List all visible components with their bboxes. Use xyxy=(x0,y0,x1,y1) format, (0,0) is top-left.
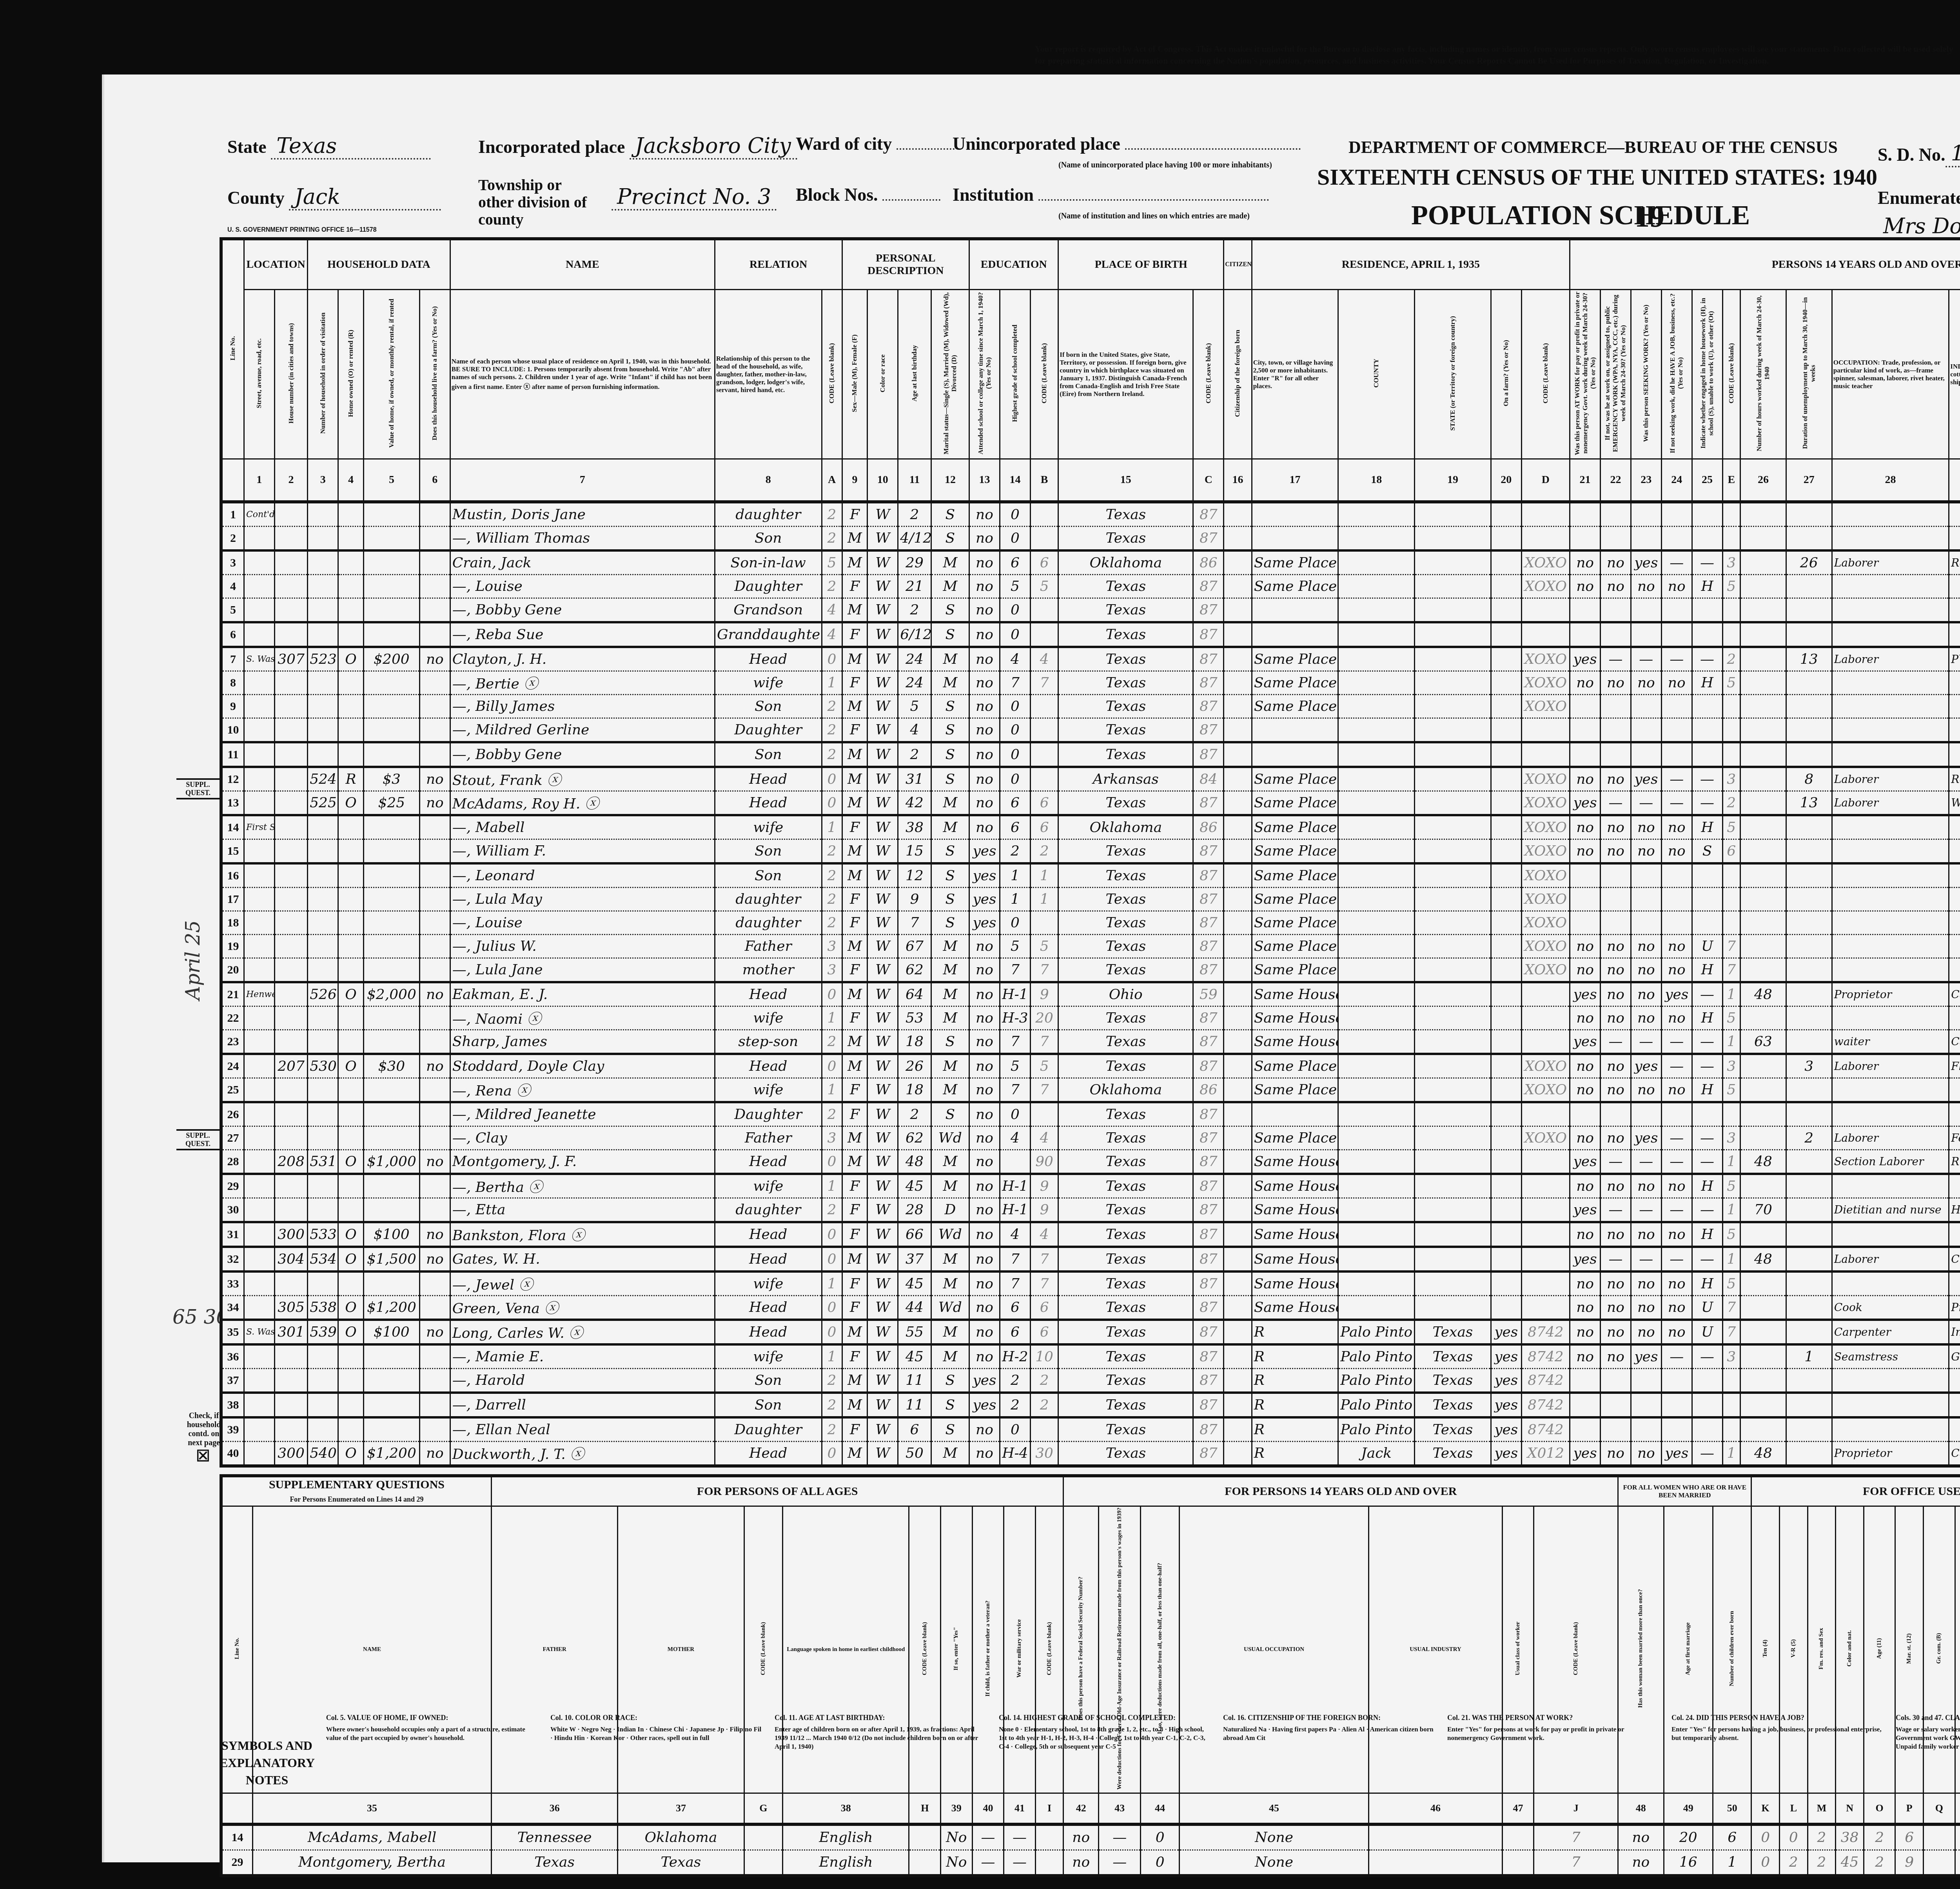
line-number: 1 xyxy=(221,502,244,527)
cell-own: O xyxy=(338,1054,364,1078)
header-text: Home owned (O) or rented (R) xyxy=(347,330,355,417)
cell-sex: F xyxy=(842,1222,867,1247)
header-text: Color or race xyxy=(879,354,887,392)
cell-codeC: 87 xyxy=(1193,1006,1224,1030)
county-value: Jack xyxy=(289,184,441,211)
cell-school: no xyxy=(969,1174,1000,1198)
cell-marital: M xyxy=(931,1344,969,1369)
cell-unemp xyxy=(1786,888,1832,911)
cell-race: W xyxy=(867,1078,898,1103)
cell-grade: 1 xyxy=(1000,863,1030,888)
cell-street xyxy=(244,622,274,647)
cell-relation: Son xyxy=(715,863,822,888)
cell-res_city: R xyxy=(1252,1344,1338,1369)
cell-visit xyxy=(308,598,338,623)
cell-birthplace: Texas xyxy=(1058,742,1193,767)
population-schedule-table: Line No. LOCATION HOUSEHOLD DATA NAME RE… xyxy=(220,237,1960,1468)
header-text: If born in the United States, give State… xyxy=(1060,351,1187,398)
cell-res_state xyxy=(1415,1222,1491,1247)
cell-street xyxy=(244,791,274,816)
col-number: 15 xyxy=(1058,459,1193,502)
cell-c24: yes xyxy=(1661,1442,1692,1466)
cell-grade: 7 xyxy=(1000,1078,1030,1103)
cell-visit: 531 xyxy=(308,1150,338,1174)
col-number: C xyxy=(1193,459,1224,502)
county-label: County xyxy=(227,188,285,208)
cell-value xyxy=(364,839,420,864)
cell-codeA: 2 xyxy=(822,839,842,864)
cell-res_city: Same Place xyxy=(1252,791,1338,816)
note-heading: Col. 24. DID THIS PERSON HAVE A JOB? xyxy=(1671,1713,1884,1722)
cell-occupation xyxy=(1832,695,1949,718)
cell-c21 xyxy=(1570,695,1601,718)
cell-unemp xyxy=(1786,1296,1832,1320)
cell-race: W xyxy=(867,888,898,911)
cell-grade: 0 xyxy=(1000,695,1030,718)
cell-res_farm xyxy=(1491,1150,1521,1174)
cell-marital: M xyxy=(931,982,969,1006)
cell-c21: no xyxy=(1570,1174,1601,1198)
cell-citizen xyxy=(1224,1030,1252,1054)
cell-c24 xyxy=(1661,1417,1692,1442)
line-number: 24 xyxy=(221,1054,244,1078)
cell-age: 18 xyxy=(898,1078,931,1103)
cell-codeC: 87 xyxy=(1193,863,1224,888)
cell-relation: wife xyxy=(715,1078,822,1103)
cell-industry: Flour mill xyxy=(1949,1054,1960,1078)
cell-citizen xyxy=(1224,1054,1252,1078)
cell-industry xyxy=(1949,575,1960,598)
cell-birthplace: Ohio xyxy=(1058,982,1193,1006)
cell-res_farm xyxy=(1491,1174,1521,1198)
col-header-24: CODE (Leave blank) xyxy=(1521,290,1570,459)
line-number: 26 xyxy=(221,1102,244,1126)
header-text: City, town, or village having 2,500 or m… xyxy=(1253,359,1333,390)
cell-c24: no xyxy=(1661,671,1692,695)
cell-industry xyxy=(1949,1078,1960,1103)
cell-value xyxy=(364,575,420,598)
cell-c21: no xyxy=(1570,550,1601,575)
census-title: SIXTEENTH CENSUS OF THE UNITED STATES: 1… xyxy=(1317,164,1877,190)
cell-own xyxy=(338,550,364,575)
header-text: On a farm? (Yes or No) xyxy=(1502,340,1510,406)
cell-farm xyxy=(419,1102,450,1126)
cell-res_state: Texas xyxy=(1415,1344,1491,1369)
cell-school: no xyxy=(969,982,1000,1006)
cell-relation: wife xyxy=(715,1271,822,1296)
cell-hours xyxy=(1740,718,1786,743)
cell-c25: — xyxy=(1692,982,1722,1006)
cell-unemp xyxy=(1786,527,1832,551)
cell-c22 xyxy=(1601,742,1631,767)
cell-race: W xyxy=(867,1198,898,1222)
cell-street xyxy=(244,718,274,743)
cell-citizen xyxy=(1224,935,1252,958)
cell-res_farm xyxy=(1491,888,1521,911)
cell-visit: 538 xyxy=(308,1296,338,1320)
cell-house xyxy=(274,1417,307,1442)
cell-occupation: Carpenter xyxy=(1832,1320,1949,1344)
cell-visit xyxy=(308,1102,338,1126)
header-text: House number (in cities and towns) xyxy=(287,323,295,423)
person-row: 1Cont'dMustin, Doris Janedaughter2FW2Sno… xyxy=(221,502,1960,527)
cell-codeB xyxy=(1030,527,1058,551)
cell-marital: S xyxy=(931,742,969,767)
cell-res_city: Same Place xyxy=(1252,1078,1338,1103)
suppl-quest-tag-14: SUPPL. QUEST. xyxy=(176,778,220,799)
cell-birthplace: Texas xyxy=(1058,1150,1193,1174)
header-text: Does this household live on a farm? (Yes… xyxy=(431,306,439,440)
cell-value xyxy=(364,958,420,983)
cell-relation: daughter xyxy=(715,502,822,527)
cell-c22: no xyxy=(1601,575,1631,598)
cell-res_farm xyxy=(1491,767,1521,791)
cell-c21: no xyxy=(1570,958,1601,983)
cell-hours xyxy=(1740,1344,1786,1369)
cell-codeA: 1 xyxy=(822,1344,842,1369)
cell-value xyxy=(364,1344,420,1369)
cell-age: 50 xyxy=(898,1442,931,1466)
cell-birthplace: Texas xyxy=(1058,718,1193,743)
cell-name: Clayton, J. H. xyxy=(450,647,715,671)
cell-codeE xyxy=(1722,863,1740,888)
cell-codeC: 87 xyxy=(1193,935,1224,958)
cell-hours xyxy=(1740,935,1786,958)
header-text: OCCUPATION: Trade, profession, or partic… xyxy=(1833,359,1945,390)
cell-occupation: Laborer xyxy=(1832,791,1949,816)
cell-unemp xyxy=(1786,1150,1832,1174)
state-field: State Texas xyxy=(227,133,431,160)
cell-hours: 48 xyxy=(1740,1150,1786,1174)
cell-farm xyxy=(419,718,450,743)
cell-visit: 525 xyxy=(308,791,338,816)
cell-occupation xyxy=(1832,1369,1949,1393)
header-text: Usual class of worker xyxy=(1515,1622,1521,1675)
cell-farm xyxy=(419,1271,450,1296)
col-number: 25 xyxy=(1692,459,1722,502)
cell-codeE: 3 xyxy=(1722,767,1740,791)
cell-sex: M xyxy=(842,1320,867,1344)
cell-res_county: Palo Pinto xyxy=(1338,1344,1415,1369)
cell-c21 xyxy=(1570,888,1601,911)
household-continued-checkbox[interactable]: ☒ xyxy=(196,1447,210,1465)
cell-name: —, Darrell xyxy=(450,1393,715,1417)
cell-c21 xyxy=(1570,1417,1601,1442)
cell-hours xyxy=(1740,1320,1786,1344)
note-text: Where owner's household occupies only a … xyxy=(326,1725,539,1742)
cell-codeB: 6 xyxy=(1030,1320,1058,1344)
note-heading: Col. 16. CITIZENSHIP OF THE FOREIGN BORN… xyxy=(1223,1713,1436,1722)
cell-name: McAdams, Roy H. ⓧ xyxy=(450,791,715,816)
cell-c23 xyxy=(1631,695,1661,718)
cell-c21: no xyxy=(1570,1006,1601,1030)
cell-birthplace: Oklahoma xyxy=(1058,1078,1193,1103)
cell-codeE: 1 xyxy=(1722,1150,1740,1174)
cell-value: $1,200 xyxy=(364,1442,420,1466)
cell-c24 xyxy=(1661,911,1692,935)
cell-c23: no xyxy=(1631,958,1661,983)
cell-visit: 524 xyxy=(308,767,338,791)
cell-value: $3 xyxy=(364,767,420,791)
cell-birthplace: Texas xyxy=(1058,1417,1193,1442)
cell-hours xyxy=(1740,502,1786,527)
header-text: Age at last birthday xyxy=(911,345,918,401)
cell-sex: M xyxy=(842,742,867,767)
cell-farm: no xyxy=(419,1247,450,1271)
cell-industry: Cafe xyxy=(1949,982,1960,1006)
cell-birthplace: Oklahoma xyxy=(1058,550,1193,575)
cell-codeD: 8742 xyxy=(1521,1320,1570,1344)
col-header-18: CODE (Leave blank) xyxy=(1193,290,1224,459)
cell-res_farm xyxy=(1491,958,1521,983)
cell-codeC: 87 xyxy=(1193,502,1224,527)
cell-school: no xyxy=(969,718,1000,743)
col-number: 9 xyxy=(842,459,867,502)
cell-res_city xyxy=(1252,527,1338,551)
cell-sex: F xyxy=(842,622,867,647)
cell-sex: F xyxy=(842,815,867,839)
cell-res_city: R xyxy=(1252,1369,1338,1393)
cell-street xyxy=(244,958,274,983)
cell-marital: S xyxy=(931,695,969,718)
cell-unemp xyxy=(1786,1393,1832,1417)
cell-citizen xyxy=(1224,1393,1252,1417)
cell-res_city: Same Place xyxy=(1252,575,1338,598)
cell-codeC: 87 xyxy=(1193,647,1224,671)
cell-farm xyxy=(419,1344,450,1369)
cell-hours xyxy=(1740,575,1786,598)
line-number: 2 xyxy=(221,527,244,551)
col-number: 3 xyxy=(308,459,338,502)
cell-c24 xyxy=(1661,742,1692,767)
line-number: 27 xyxy=(221,1126,244,1150)
cell-industry xyxy=(1949,742,1960,767)
cell-sex: M xyxy=(842,791,867,816)
cell-age: 4 xyxy=(898,718,931,743)
cell-visit xyxy=(308,935,338,958)
person-row: 7S. Washington307523O$200noClayton, J. H… xyxy=(221,647,1960,671)
cell-age: 15 xyxy=(898,839,931,864)
cell-value: $200 xyxy=(364,647,420,671)
cell-race: W xyxy=(867,1054,898,1078)
col-number: 18 xyxy=(1338,459,1415,502)
cell-c25 xyxy=(1692,1369,1722,1393)
cell-race: W xyxy=(867,622,898,647)
cell-res_state: Texas xyxy=(1415,1417,1491,1442)
cell-citizen xyxy=(1224,839,1252,864)
col-header-13: Marital status—Single (S), Married (M), … xyxy=(931,290,969,459)
enumerator-name: Mrs Dorothy E. Ham xyxy=(1878,214,1960,240)
cell-marital: S xyxy=(931,718,969,743)
cell-name: —, Rena ⓧ xyxy=(450,1078,715,1103)
cell-c25: H xyxy=(1692,1271,1722,1296)
cell-unemp xyxy=(1786,1102,1832,1126)
supp-group-women: FOR ALL WOMEN WHO ARE OR HAVE BEEN MARRI… xyxy=(1618,1476,1751,1506)
cell-sex: F xyxy=(842,502,867,527)
cell-citizen xyxy=(1224,1369,1252,1393)
cell-res_state xyxy=(1415,1198,1491,1222)
person-row: 9—, Billy JamesSon2MW5Sno0Texas87Same Pl… xyxy=(221,695,1960,718)
cell-age: 11 xyxy=(898,1369,931,1393)
cell-name: —, Naomi ⓧ xyxy=(450,1006,715,1030)
household-continued-note: Check, if household contd. on next page xyxy=(184,1411,223,1448)
cell-own: O xyxy=(338,1247,364,1271)
cell-citizen xyxy=(1224,1271,1252,1296)
cell-codeC: 87 xyxy=(1193,888,1224,911)
cell-occupation xyxy=(1832,575,1949,598)
col-number: 4 xyxy=(338,459,364,502)
col-line-no: Line No. xyxy=(221,239,244,459)
person-row: 35S. Washington301539O$100noLong, Carles… xyxy=(221,1320,1960,1344)
cell-race: W xyxy=(867,863,898,888)
cell-c24: no xyxy=(1661,1320,1692,1344)
cell-age: 48 xyxy=(898,1150,931,1174)
cell-c22: no xyxy=(1601,1126,1631,1150)
cell-school: no xyxy=(969,647,1000,671)
cell-codeE: 7 xyxy=(1722,958,1740,983)
person-row: 25—, Rena ⓧwife1FW18Mno77Oklahoma86Same … xyxy=(221,1078,1960,1103)
cell-citizen xyxy=(1224,647,1252,671)
cell-industry: City of Jacksboro xyxy=(1949,1247,1960,1271)
cell-farm: no xyxy=(419,982,450,1006)
cell-codeB xyxy=(1030,622,1058,647)
cell-res_city: Same Place xyxy=(1252,671,1338,695)
cell-res_farm xyxy=(1491,527,1521,551)
cell-c24: no xyxy=(1661,1006,1692,1030)
cell-farm xyxy=(419,1369,450,1393)
cell-hours xyxy=(1740,671,1786,695)
cell-value: $100 xyxy=(364,1320,420,1344)
cell-codeC: 87 xyxy=(1193,1442,1224,1466)
cell-farm xyxy=(419,1006,450,1030)
cell-codeE: 2 xyxy=(1722,791,1740,816)
cell-hours: 63 xyxy=(1740,1030,1786,1054)
cell-name: —, Jewel ⓧ xyxy=(450,1271,715,1296)
line-number: 23 xyxy=(221,1030,244,1054)
note-text: Enter "Yes" for persons at work for pay … xyxy=(1447,1725,1660,1742)
cell-value xyxy=(364,742,420,767)
cell-marital: M xyxy=(931,935,969,958)
cell-birthplace: Texas xyxy=(1058,502,1193,527)
cell-birthplace: Texas xyxy=(1058,1030,1193,1054)
header-text: USUAL INDUSTRY xyxy=(1410,1646,1461,1653)
col-header-30: CODE (Leave blank) xyxy=(1722,290,1740,459)
note-item: Col. 21. WAS THE PERSON AT WORK?Enter "Y… xyxy=(1447,1713,1660,1854)
cell-sex: M xyxy=(842,1369,867,1393)
cell-codeB xyxy=(1030,1102,1058,1126)
cell-citizen xyxy=(1224,791,1252,816)
cell-c23 xyxy=(1631,1393,1661,1417)
header-text: Does this person have a Federal Social S… xyxy=(1078,1577,1084,1720)
col-number: 16 xyxy=(1224,459,1252,502)
cell-codeC: 86 xyxy=(1193,1078,1224,1103)
block-value xyxy=(882,199,940,201)
header-text: Mar. st. (12) xyxy=(1906,1633,1913,1664)
header-text: CODE (Leave blank) xyxy=(922,1622,928,1675)
cell-farm xyxy=(419,815,450,839)
cell-codeE: 1 xyxy=(1722,982,1740,1006)
cell-occupation xyxy=(1832,1222,1949,1247)
cell-codeD: XOXO xyxy=(1521,863,1570,888)
cell-farm: no xyxy=(419,1320,450,1344)
person-row: 16—, LeonardSon2MW12Syes11Texas87Same Pl… xyxy=(221,863,1960,888)
cell-c23: — xyxy=(1631,1150,1661,1174)
cell-age: 66 xyxy=(898,1222,931,1247)
cell-school: no xyxy=(969,1442,1000,1466)
cell-res_county xyxy=(1338,1150,1415,1174)
cell-res_farm xyxy=(1491,671,1521,695)
cell-unemp xyxy=(1786,935,1832,958)
cell-street xyxy=(244,767,274,791)
cell-house: 207 xyxy=(274,1054,307,1078)
cell-codeD xyxy=(1521,527,1570,551)
line-number: 22 xyxy=(221,1006,244,1030)
sd-label: S. D. No. xyxy=(1878,145,1945,165)
cell-res_city: Same Place xyxy=(1252,815,1338,839)
header-text: Has this woman been married more than on… xyxy=(1637,1589,1644,1708)
cell-house xyxy=(274,982,307,1006)
cell-citizen xyxy=(1224,767,1252,791)
cell-unemp xyxy=(1786,1078,1832,1103)
cell-house xyxy=(274,527,307,551)
cell-c23 xyxy=(1631,911,1661,935)
cell-street xyxy=(244,1344,274,1369)
cell-value xyxy=(364,550,420,575)
cell-c23: no xyxy=(1631,1296,1661,1320)
cell-street xyxy=(244,839,274,864)
cell-industry: Retail Lumber Company xyxy=(1949,767,1960,791)
cell-c22 xyxy=(1601,1369,1631,1393)
cell-industry xyxy=(1949,1006,1960,1030)
cell-codeC: 87 xyxy=(1193,839,1224,864)
cell-house: 307 xyxy=(274,647,307,671)
cell-house xyxy=(274,791,307,816)
cell-industry xyxy=(1949,527,1960,551)
cell-c24 xyxy=(1661,1393,1692,1417)
cell-house xyxy=(274,1030,307,1054)
header-text: STATE (or Territory or foreign country) xyxy=(1449,316,1457,431)
cell-c25: U xyxy=(1692,1320,1722,1344)
cell-school: no xyxy=(969,671,1000,695)
cell-sex: F xyxy=(842,1417,867,1442)
cell-c23: no xyxy=(1631,1271,1661,1296)
cell-age: 7 xyxy=(898,911,931,935)
cell-value xyxy=(364,1271,420,1296)
cell-codeA: 1 xyxy=(822,815,842,839)
line-number: 20 xyxy=(221,958,244,983)
group-relation: RELATION xyxy=(715,239,842,290)
col-header-21: COUNTY xyxy=(1338,290,1415,459)
col-header-10: Sex—Male (M), Female (F) xyxy=(842,290,867,459)
header-text: COUNTY xyxy=(1372,359,1380,388)
cell-visit: 540 xyxy=(308,1442,338,1466)
cell-relation: Head xyxy=(715,1054,822,1078)
cell-c21: no xyxy=(1570,1271,1601,1296)
cell-marital: M xyxy=(931,1078,969,1103)
cell-citizen xyxy=(1224,1247,1252,1271)
cell-c23: yes xyxy=(1631,1344,1661,1369)
cell-value: $1,500 xyxy=(364,1247,420,1271)
cell-farm: no xyxy=(419,647,450,671)
cell-value xyxy=(364,863,420,888)
cell-visit xyxy=(308,1006,338,1030)
person-row: 12524R$3noStout, Frank ⓧHead0MW31Sno0Ark… xyxy=(221,767,1960,791)
cell-farm xyxy=(419,598,450,623)
cell-codeD: XOXO xyxy=(1521,647,1570,671)
cell-res_county xyxy=(1338,767,1415,791)
cell-unemp xyxy=(1786,1320,1832,1344)
cell-age: 29 xyxy=(898,550,931,575)
